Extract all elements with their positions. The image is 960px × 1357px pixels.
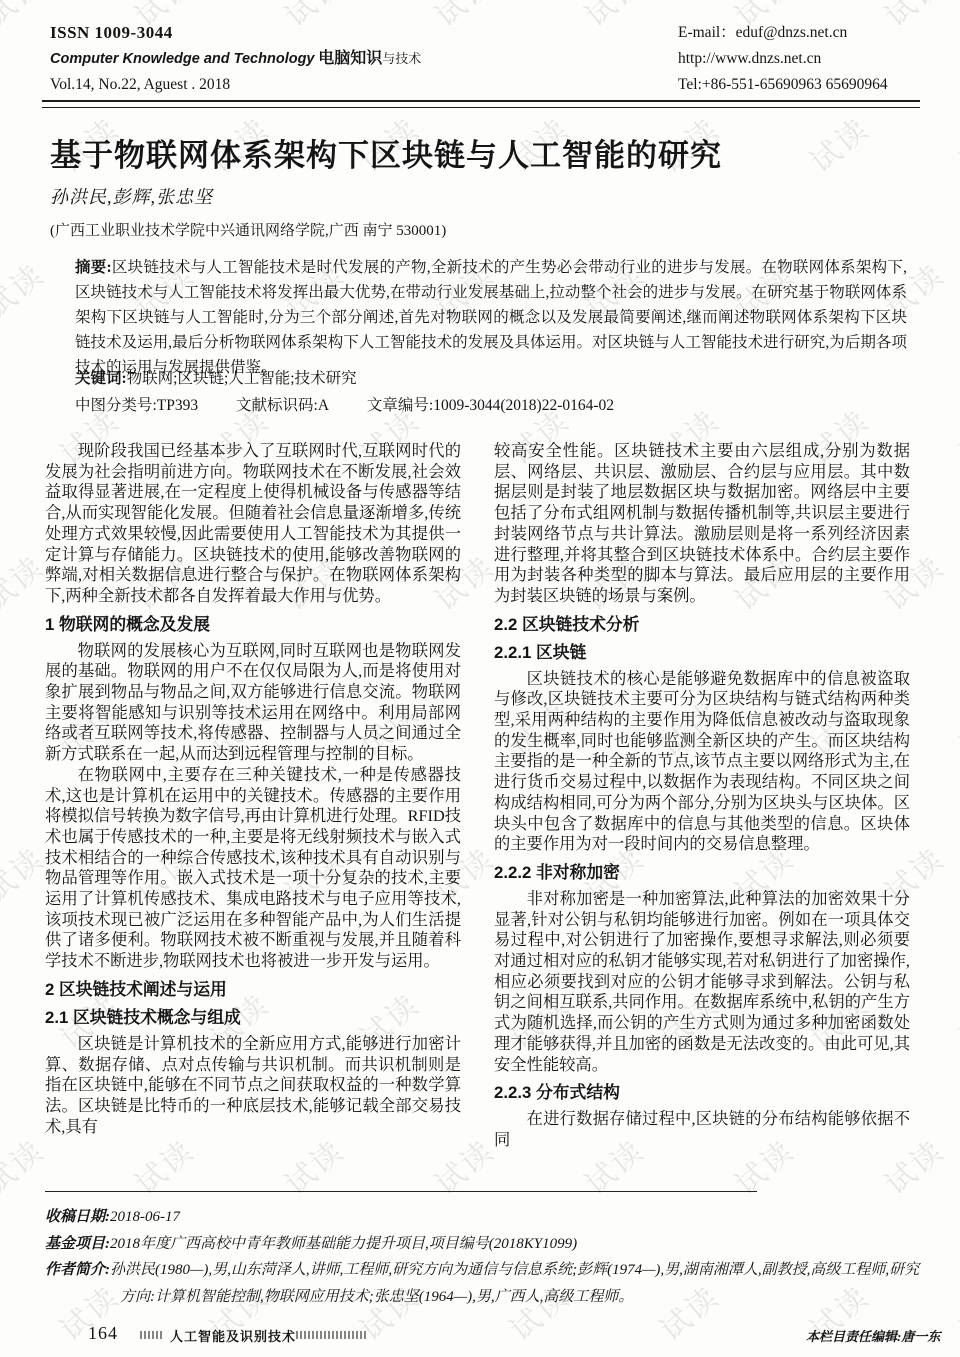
- watermark-text: 试读: [424, 0, 503, 35]
- issn-line: ISSN 1009-3044: [50, 20, 421, 46]
- section-heading-1: 1 物联网的概念及发展: [45, 614, 461, 635]
- journal-name-line: Computer Knowledge and Technology 电脑知识与技…: [50, 46, 421, 72]
- section-heading-2-2-1: 2.2.1 区块链: [494, 642, 910, 663]
- clc-number: 中图分类号:TP393: [75, 397, 198, 414]
- author-bio-note: 作者简介:孙洪民(1980—),男,山东菏泽人,讲师,工程师,研究方向为通信与信…: [45, 1257, 920, 1310]
- classification-line: 中图分类号:TP393 文献标识码:A 文章编号:1009-3044(2018)…: [75, 393, 648, 415]
- abstract-label: 摘要:: [75, 259, 112, 276]
- page-number: 164: [88, 1323, 118, 1344]
- watermark-text: 试读: [949, 689, 960, 765]
- received-date-label: 收稿日期:: [45, 1209, 110, 1225]
- watermark-text: 试读: [949, 397, 960, 473]
- fund-project-label: 基金项目:: [45, 1236, 110, 1252]
- received-date-note: 收稿日期:2018-06-17: [45, 1204, 920, 1231]
- journal-name-cn: 电脑知识: [318, 50, 382, 67]
- authors-line: 孙洪民,彭辉,张忠坚: [50, 183, 213, 209]
- watermark-text: 试读: [0, 0, 52, 35]
- volume-line: Vol.14, No.22, Aguest . 2018: [50, 72, 421, 98]
- paragraph: 较高安全性能。区块链技术主要由六层组成,分别为数据层、网络层、共识层、激励层、合…: [494, 441, 910, 607]
- illegible-micro-text: [296, 1331, 366, 1339]
- body-column-right: 较高安全性能。区块链技术主要由六层组成,分别为数据层、网络层、共识层、激励层、合…: [494, 441, 910, 1193]
- tel-line: Tel:+86-551-65690963 65690964: [678, 72, 888, 98]
- author-bio-label: 作者简介:: [45, 1262, 110, 1278]
- section-heading-2-2-2: 2.2.2 非对称加密: [494, 862, 910, 883]
- journal-masthead-right: E-mail：eduf@dnzs.net.cn http://www.dnzs.…: [678, 20, 888, 98]
- footnote-separator-rule: [45, 1191, 757, 1192]
- footnotes-block: 收稿日期:2018-06-17 基金项目:2018年度广西高校中青年教师基础能力…: [45, 1204, 920, 1310]
- column-section-name: 人工智能及识别技术: [170, 1326, 296, 1345]
- paragraph: 在物联网中,主要存在三种关键技术,一种是传感器技术,这也是计算机在运用中的关键技…: [45, 765, 461, 972]
- journal-masthead-left: ISSN 1009-3044 Computer Knowledge and Te…: [50, 20, 421, 98]
- abstract-paragraph: 摘要:区块链技术与人工智能技术是时代发展的产物,全新技术的产生势必会带动行业的进…: [75, 255, 907, 380]
- journal-page: ISSN 1009-3044 Computer Knowledge and Te…: [0, 0, 960, 1357]
- section-heading-2-1: 2.1 区块链技术概念与组成: [45, 1007, 461, 1028]
- journal-name-cn-sub: 与技术: [382, 51, 421, 66]
- email-line: E-mail：eduf@dnzs.net.cn: [678, 20, 888, 46]
- paragraph: 物联网的发展核心为互联网,同时互联网也是物联网发展的基础。物联网的用户不在仅仅局…: [45, 641, 461, 765]
- author-bio-value: 孙洪民(1980—),男,山东菏泽人,讲师,工程师,研究方向为通信与信息系统;彭…: [110, 1262, 919, 1305]
- affiliation-line: (广西工业职业技术学院中兴通讯网络学院,广西 南宁 530001): [50, 219, 446, 240]
- paragraph: 非对称加密是一种加密算法,此种算法的加密效果十分显著,针对公钥与私钥均能够进行加…: [494, 889, 910, 1075]
- section-heading-2: 2 区块链技术阐述与运用: [45, 979, 461, 1000]
- article-title: 基于物联网体系架构下区块链与人工智能的研究: [50, 130, 910, 175]
- watermark-text: 试读: [0, 251, 52, 327]
- paragraph: 现阶段我国已经基本步入了互联网时代,互联网时代的发展为社会指明前进方向。物联网技…: [45, 441, 461, 607]
- section-heading-2-2-3: 2.2.3 分布式结构: [494, 1082, 910, 1103]
- watermark-text: 试读: [949, 105, 960, 181]
- website-line: http://www.dnzs.net.cn: [678, 46, 888, 72]
- editor-note: 本栏目责任编辑:唐一东: [806, 1326, 940, 1345]
- watermark-text: 试读: [574, 0, 653, 35]
- journal-name-en: Computer Knowledge and Technology: [50, 51, 315, 67]
- paragraph: 在进行数据存储过程中,区块链的分布结构能够依据不同: [494, 1109, 910, 1150]
- paragraph: 区块链技术的核心是能够避免数据库中的信息被盗取与修改,区块链技术主要可分为区块结…: [494, 669, 910, 855]
- section-heading-2-2: 2.2 区块链技术分析: [494, 614, 910, 635]
- keywords-line: 关键词:物联网;区块链;人工智能;技术研究: [75, 366, 357, 388]
- document-code: 文献标识码:A: [236, 397, 329, 414]
- keywords-label: 关键词:: [75, 370, 127, 387]
- abstract-text: 区块链技术与人工智能技术是时代发展的产物,全新技术的产生势必会带动行业的进步与发…: [75, 259, 907, 376]
- page-footer: 164 人工智能及识别技术 本栏目责任编辑:唐一东: [0, 1322, 960, 1352]
- fund-project-value: 2018年度广西高校中青年教师基础能力提升项目,项目编号(2018KY1099): [110, 1236, 577, 1252]
- fund-project-note: 基金项目:2018年度广西高校中青年教师基础能力提升项目,项目编号(2018KY…: [45, 1231, 920, 1258]
- watermark-text: 试读: [949, 981, 960, 1057]
- header-double-rule: [42, 100, 920, 108]
- received-date-value: 2018-06-17: [110, 1209, 180, 1225]
- illegible-micro-text: [140, 1331, 162, 1339]
- body-column-left: 现阶段我国已经基本步入了互联网时代,互联网时代的发展为社会指明前进方向。物联网技…: [45, 441, 461, 1193]
- keywords-text: 物联网;区块链;人工智能;技术研究: [127, 370, 357, 387]
- paragraph: 区块链是计算机技术的全新应用方式,能够进行加密计算、数据存储、点对点传输与共识机…: [45, 1034, 461, 1138]
- article-number: 文章编号:1009-3044(2018)22-0164-02: [367, 397, 614, 414]
